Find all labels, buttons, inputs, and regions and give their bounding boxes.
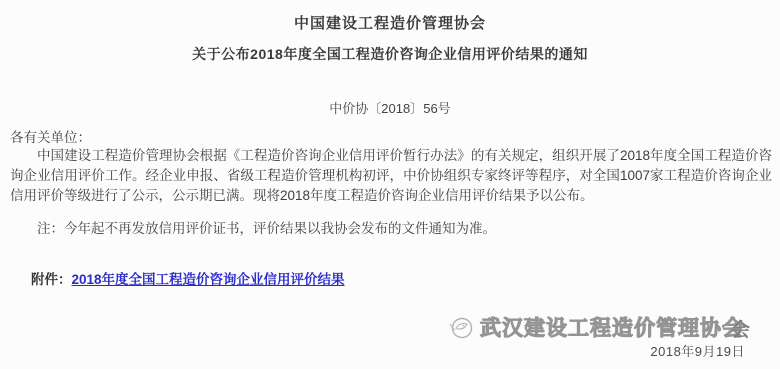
notice-document: 中国建设工程造价管理协会 关于公布2018年度全国工程造价咨询企业信用评价结果的…: [0, 0, 780, 369]
association-logo-icon: [447, 314, 474, 341]
doc-number: 中价协〔2018〕56号: [0, 98, 780, 117]
footer-signature: 武汉建设工程造价管理协会 会: [447, 312, 750, 342]
attachment-link[interactable]: 2018年度全国工程造价咨询企业信用评价结果: [72, 272, 345, 287]
salutation: 各有关单位：: [10, 126, 91, 146]
org-title: 中国建设工程造价管理协会: [0, 12, 780, 33]
attachment-label: 附件：: [31, 272, 72, 287]
watermark-text: 武汉建设工程造价管理协会: [480, 312, 744, 342]
signature-overlap-char: 会: [731, 315, 750, 342]
document-date: 2018年9月19日: [650, 341, 745, 360]
notice-title: 关于公布2018年度全国工程造价咨询企业信用评价结果的通知: [0, 44, 780, 64]
note-line: 注：今年起不再发放信用评价证书，评价结果以我协会发布的文件通知为准。: [10, 219, 772, 239]
main-paragraph: 中国建设工程造价管理协会根据《工程造价咨询企业信用评价暂行办法》的有关规定，组织…: [10, 146, 772, 206]
attachment-line: 附件：2018年度全国工程造价咨询企业信用评价结果: [31, 268, 345, 288]
